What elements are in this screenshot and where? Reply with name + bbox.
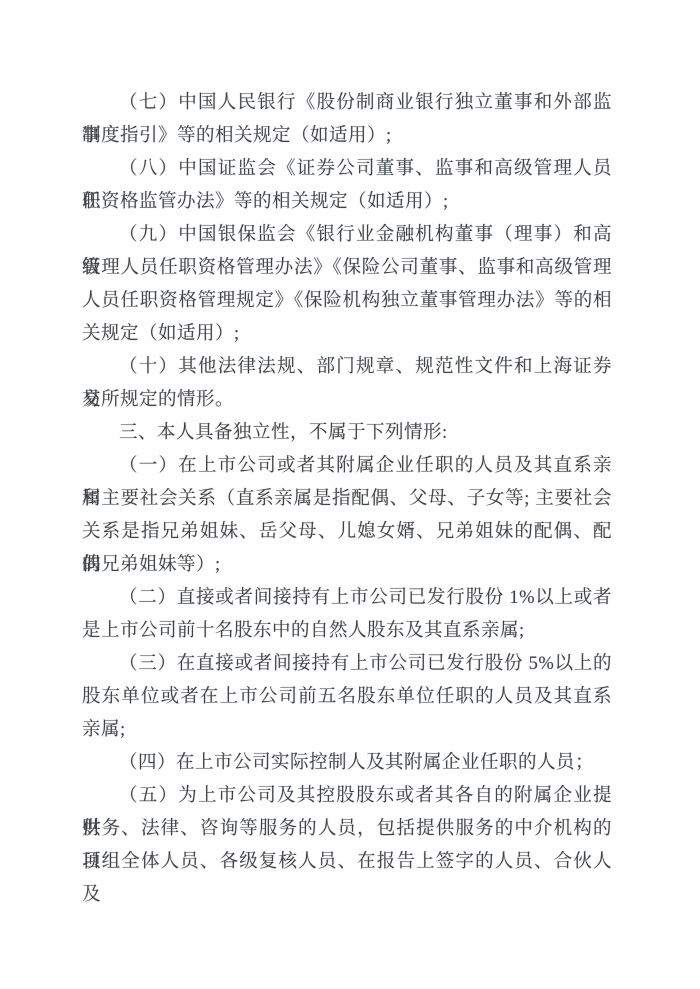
text-line: （七）中国人民银行《股份制商业银行独立董事和外部监事 <box>82 87 612 120</box>
text-line: 三、本人具备独立性，不属于下列情形: <box>82 417 612 450</box>
text-line: （三）在直接或者间接持有上市公司已发行股份 5%以上的 <box>82 648 612 681</box>
text-line: 关规定（如适用）; <box>82 318 612 351</box>
text-line: （九）中国银保监会《银行业金融机构董事（理事）和高级 <box>82 219 612 252</box>
text-line: 亲属; <box>82 714 612 747</box>
text-line: （二）直接或者间接持有上市公司已发行股份 1%以上或者 <box>82 582 612 615</box>
text-line: 职资格监管办法》等的相关规定（如适用）; <box>82 186 612 219</box>
document-page: （七）中国人民银行《股份制商业银行独立董事和外部监事制度指引》等的相关规定（如适… <box>0 0 700 989</box>
document-body: （七）中国人民银行《股份制商业银行独立董事和外部监事制度指引》等的相关规定（如适… <box>82 87 612 879</box>
text-line: 和主要社会关系（直系亲属是指配偶、父母、子女等; 主要社会 <box>82 483 612 516</box>
text-line: 是上市公司前十名股东中的自然人股东及其直系亲属; <box>82 615 612 648</box>
text-line: 股东单位或者在上市公司前五名股东单位任职的人员及其直系 <box>82 681 612 714</box>
text-line: （八）中国证监会《证券公司董事、监事和高级管理人员任 <box>82 153 612 186</box>
text-line: （十）其他法律法规、部门规章、规范性文件和上海证券交 <box>82 351 612 384</box>
text-line: 的兄弟姐妹等）; <box>82 549 612 582</box>
text-line: 关系是指兄弟姐妹、岳父母、儿媳女婿、兄弟姐妹的配偶、配偶 <box>82 516 612 549</box>
text-line: （一）在上市公司或者其附属企业任职的人员及其直系亲属 <box>82 450 612 483</box>
text-line: 管理人员任职资格管理办法》《保险公司董事、监事和高级管理 <box>82 252 612 285</box>
text-line: 易所规定的情形。 <box>82 384 612 417</box>
text-line: 人员任职资格管理规定》《保险机构独立董事管理办法》等的相 <box>82 285 612 318</box>
text-line: （五）为上市公司及其控股股东或者其各自的附属企业提供 <box>82 780 612 813</box>
text-line: （四）在上市公司实际控制人及其附属企业任职的人员； <box>82 747 612 780</box>
text-line: 财务、法律、咨询等服务的人员，包括提供服务的中介机构的项 <box>82 813 612 846</box>
text-line: 制度指引》等的相关规定（如适用）; <box>82 120 612 153</box>
text-line: 目组全体人员、各级复核人员、在报告上签字的人员、合伙人及 <box>82 846 612 879</box>
